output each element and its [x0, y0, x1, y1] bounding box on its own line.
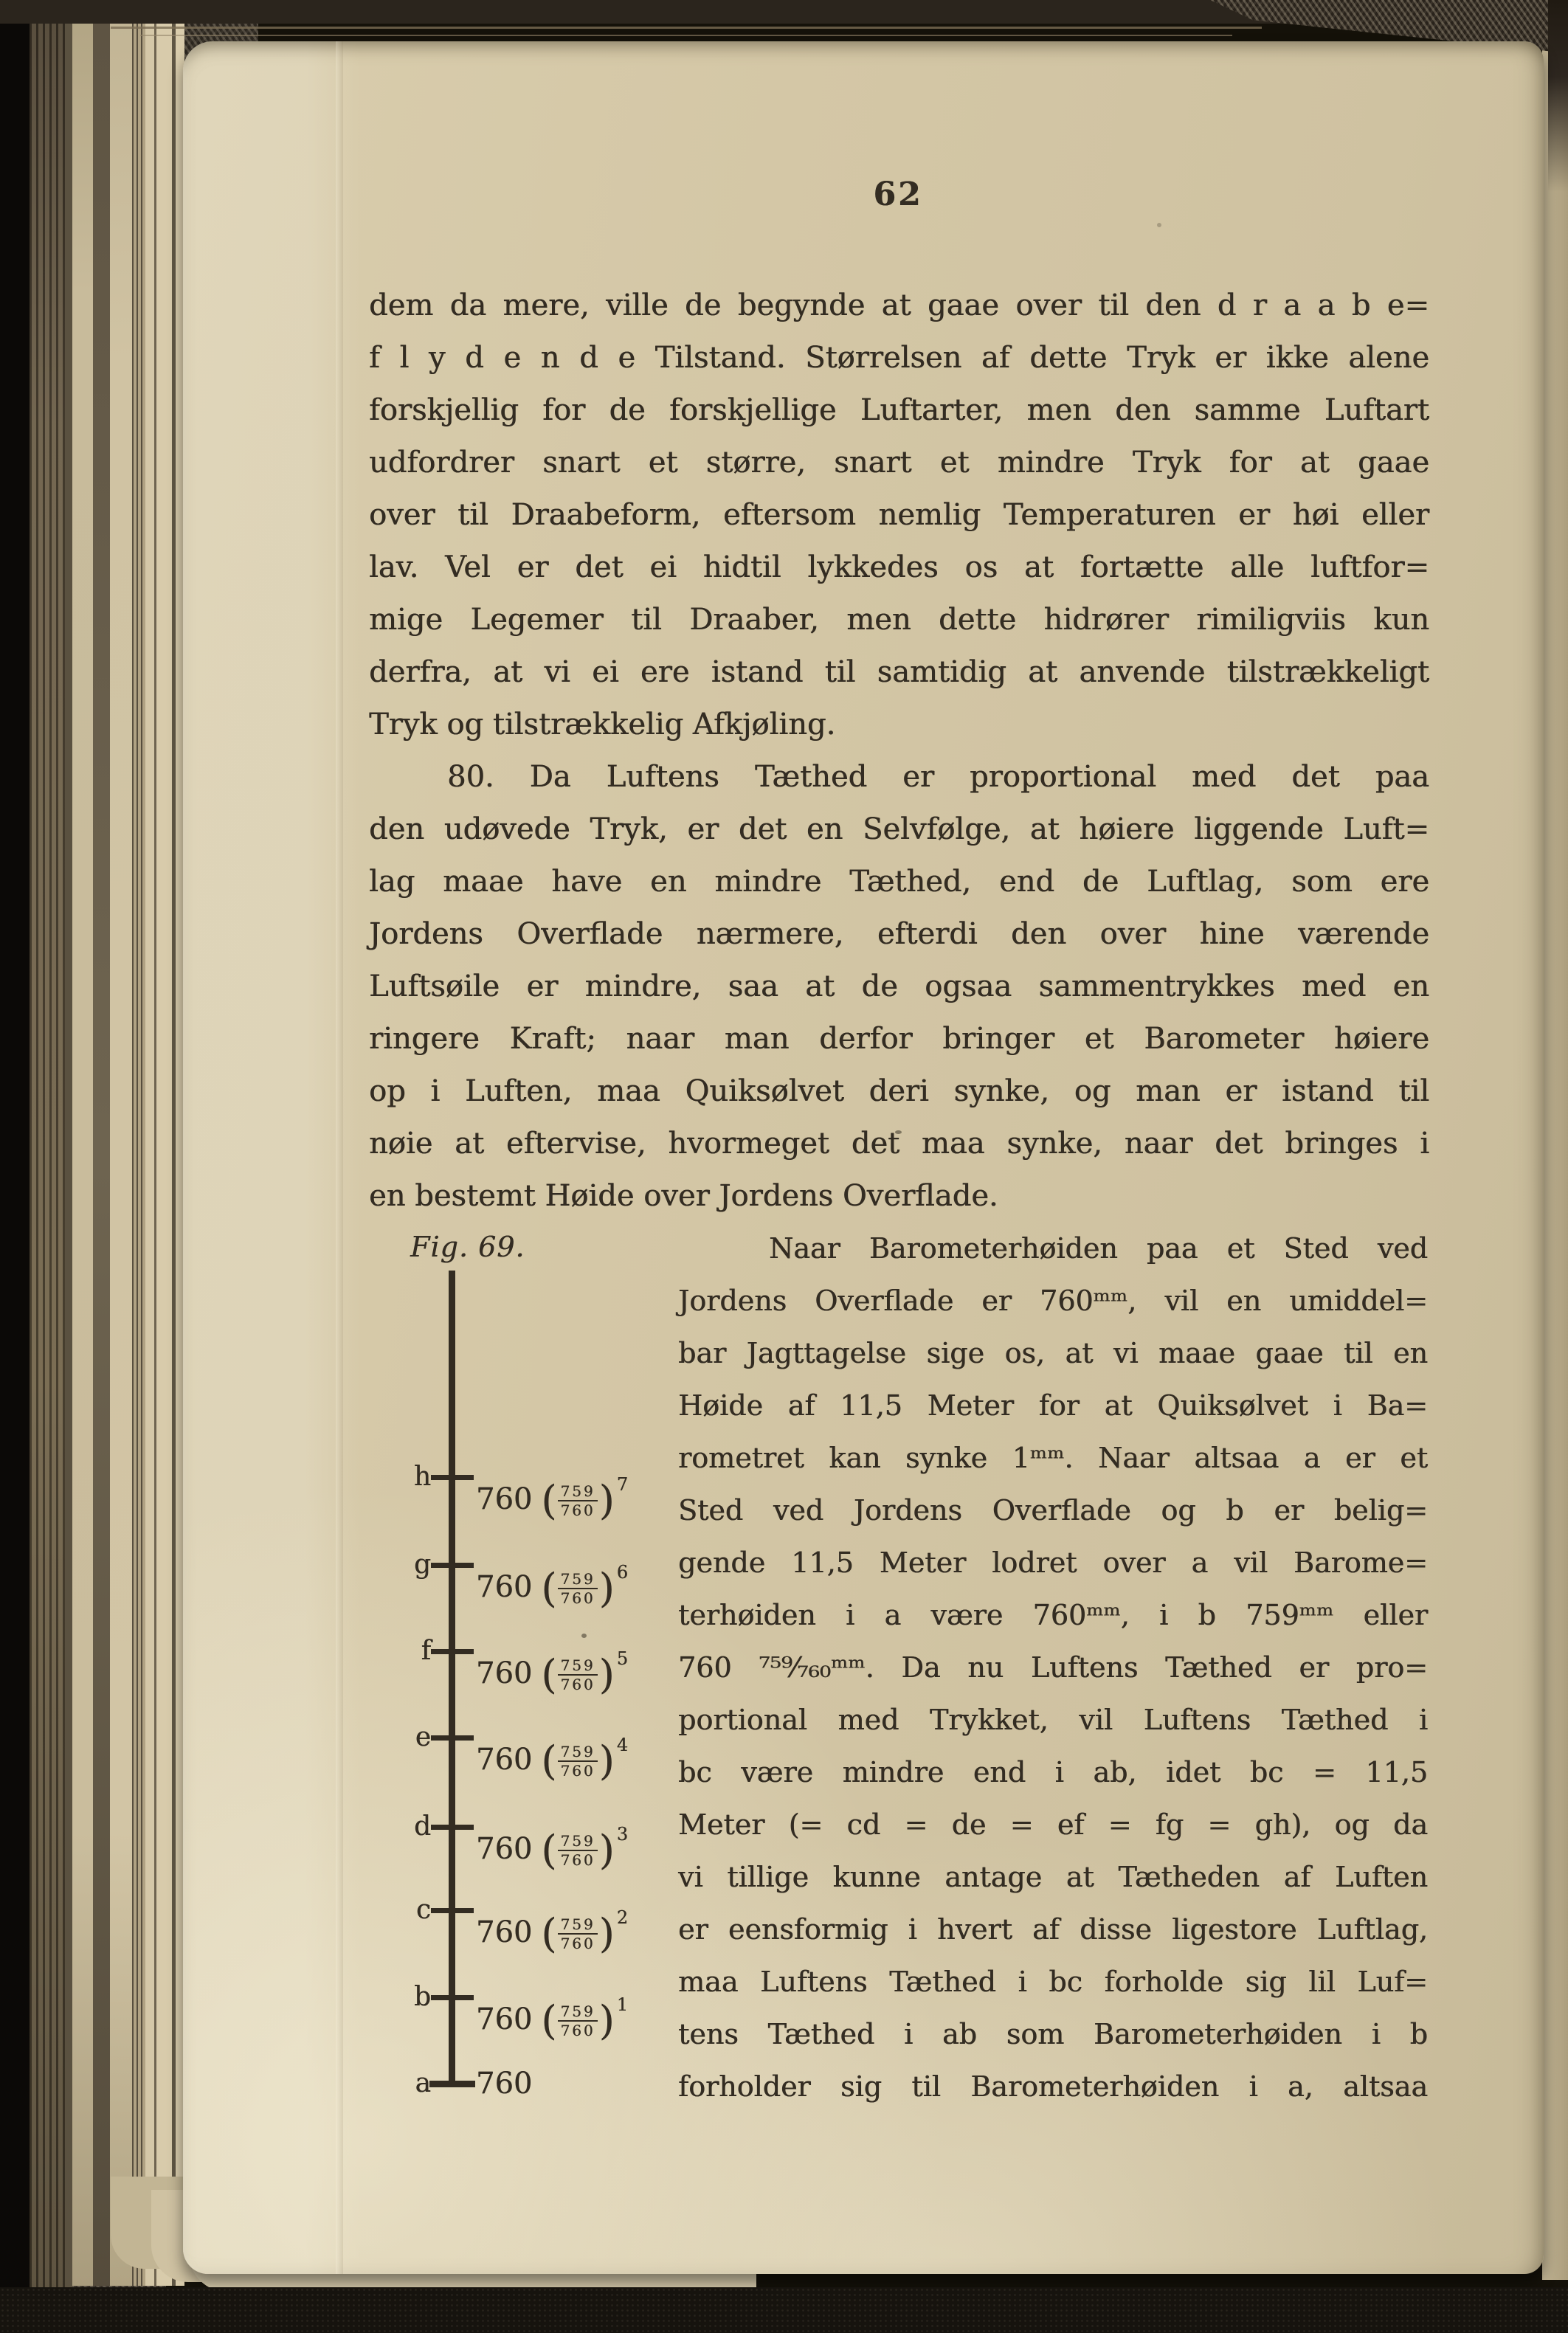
- fraction: 759760: [558, 1572, 597, 1606]
- text-line: forskjellig for de forskjellige Luftarte…: [369, 384, 1429, 437]
- paren: ): [599, 1831, 615, 1870]
- text-line: bar Jagttagelse sige os, at vi maae gaae…: [678, 1327, 1428, 1380]
- tick-label: b: [363, 1972, 431, 2022]
- tick-label: d: [363, 1802, 431, 1852]
- page-stack-edge: [93, 19, 110, 2286]
- text-line: lag maae have en mindre Tæthed, end de L…: [369, 856, 1429, 908]
- fraction: 759760: [558, 1917, 597, 1951]
- exponent: 1: [617, 1994, 628, 2015]
- text-line: vi tillige kunne antage at Tætheden af L…: [678, 1851, 1428, 1904]
- tick-value: 760(759760)1: [476, 1990, 628, 2049]
- tick-label: f: [363, 1626, 431, 1676]
- cover-edge: [0, 0, 30, 2333]
- exponent: 7: [617, 1474, 628, 1495]
- page-stack-edge-line: [65, 19, 72, 2288]
- text-line: Naar Barometerhøiden paa et Sted ved: [678, 1223, 1428, 1275]
- text-line: over til Draabeform, eftersom nemlig Tem…: [369, 489, 1429, 542]
- paren: (: [541, 1569, 556, 1608]
- tick-value-base: 760: [476, 2058, 532, 2109]
- tick-mark-h: [431, 1475, 474, 1480]
- figure-base-line: [429, 2081, 475, 2087]
- text-line: forholder sig til Barometerhøiden i a, a…: [678, 2061, 1428, 2113]
- text-line: Jordens Overflade nærmere, efterdi den o…: [369, 908, 1429, 961]
- paren: (: [541, 2001, 556, 2041]
- page-stack-edge: [72, 19, 93, 2286]
- text-line: lav. Vel er det ei hidtil lykkedes os at…: [369, 542, 1429, 594]
- exponent: 5: [617, 1648, 628, 1669]
- tick-label: a: [363, 2059, 431, 2109]
- text-line: mige Legemer til Draaber, men dette hidr…: [369, 594, 1429, 646]
- paren: ): [599, 1914, 615, 1954]
- tick-mark-g: [431, 1563, 474, 1568]
- value-base: 760: [476, 1832, 532, 1866]
- fraction: 759760: [558, 2004, 597, 2038]
- tick-value: 760(759760)3: [476, 1819, 628, 1879]
- page-stack-edge: [145, 19, 172, 2286]
- book-spine-shadow: [30, 13, 65, 2301]
- paragraph-1: dem da mere, ville de begynde at gaae ov…: [369, 280, 1429, 751]
- tick-mark-f: [431, 1649, 474, 1654]
- page-fold-shading: [336, 41, 343, 2274]
- tick-value: 760(759760)6: [476, 1558, 628, 1617]
- tick-label: g: [363, 1540, 431, 1590]
- tick-mark-c: [431, 1908, 474, 1913]
- text-line: Høide af 11,5 Meter for at Quiksølvet i …: [678, 1380, 1428, 1432]
- text-line: derfra, at vi ei ere istand til samtidig…: [369, 646, 1429, 699]
- under-page-top-edge: [140, 35, 1232, 36]
- tick-label: c: [363, 1885, 431, 1935]
- tick-mark-d: [431, 1825, 474, 1830]
- text-line: en bestemt Høide over Jordens Overflade.: [369, 1170, 1429, 1223]
- text-line: op i Luften, maa Quiksølvet deri synke, …: [369, 1065, 1429, 1118]
- figure-caption: Fig. 69.: [410, 1231, 525, 1263]
- paren: ): [599, 1569, 615, 1608]
- paren: ): [599, 1655, 615, 1695]
- fraction: 759760: [558, 1658, 597, 1692]
- text-line: f l y d e n d e Tilstand. Størrelsen af …: [369, 332, 1429, 384]
- text-line: dem da mere, ville de begynde at gaae ov…: [369, 280, 1429, 332]
- text-line: Luftsøile er mindre, saa at de ogsaa sam…: [369, 961, 1429, 1013]
- exponent: 2: [617, 1907, 628, 1928]
- tick-value: 760(759760)2: [476, 1903, 628, 1962]
- paren: (: [541, 1655, 556, 1695]
- exponent: 6: [617, 1562, 628, 1583]
- paper-speck: [1157, 223, 1161, 227]
- text-line: gende 11,5 Meter lodret over a vil Barom…: [678, 1537, 1428, 1589]
- text-line: 760 ⁷⁵⁹⁄₇₆₀ᵐᵐ. Da nu Luftens Tæthed er p…: [678, 1642, 1428, 1694]
- value-base: 760: [476, 1482, 532, 1516]
- page-number: 62: [806, 176, 990, 213]
- text-line: den udøvede Tryk, er det en Selvfølge, a…: [369, 803, 1429, 856]
- text-line: maa Luftens Tæthed i bc forholde sig lil…: [678, 1956, 1428, 2008]
- text-line: Meter (= cd = de = ef = fg = gh), og da: [678, 1799, 1428, 1851]
- paren: (: [541, 1481, 556, 1521]
- tick-mark-e: [431, 1735, 474, 1741]
- paren: ): [599, 2001, 615, 2041]
- paren: ): [599, 1481, 615, 1521]
- text-line: ringere Kraft; naar man derfor bringer e…: [369, 1013, 1429, 1065]
- book-scan: 62 dem da mere, ville de begynde at gaae…: [0, 0, 1568, 2333]
- text-line: bc være mindre end i ab, idet bc = 11,5: [678, 1746, 1428, 1799]
- fraction: 759760: [558, 1484, 597, 1518]
- exponent: 3: [617, 1824, 628, 1845]
- tick-value: 760(759760)5: [476, 1644, 628, 1703]
- paren: ): [599, 1741, 615, 1781]
- page-stack-edge: [132, 19, 145, 2286]
- text-line: terhøiden i a være 760ᵐᵐ, i b 759ᵐᵐ elle…: [678, 1589, 1428, 1642]
- tick-value: 760(759760)4: [476, 1730, 628, 1789]
- paragraph-2: 80. Da Luftens Tæthed er proportional me…: [369, 751, 1429, 1223]
- figure-axis-line: [449, 1271, 455, 2087]
- tick-mark-b: [431, 1995, 474, 2000]
- fraction: 759760: [558, 1744, 597, 1778]
- column-text: Naar Barometerhøiden paa et Sted ved Jor…: [678, 1223, 1428, 2113]
- value-base: 760: [476, 1743, 532, 1777]
- text-line: Sted ved Jordens Overflade og b er belig…: [678, 1485, 1428, 1537]
- exponent: 4: [617, 1735, 628, 1755]
- paper-speck: [581, 1634, 587, 1638]
- value-base: 760: [476, 1570, 532, 1604]
- text-line: Jordens Overflade er 760ᵐᵐ, vil en umidd…: [678, 1275, 1428, 1327]
- tick-label: e: [363, 1712, 431, 1763]
- text-line: tens Tæthed i ab som Barometerhøiden i b: [678, 2008, 1428, 2061]
- text-line: rometret kan synke 1ᵐᵐ. Naar altsaa a er…: [678, 1432, 1428, 1485]
- text-line: nøie at eftervise, hvormeget det maa syn…: [369, 1118, 1429, 1170]
- paren: (: [541, 1741, 556, 1781]
- text-line: Tryk og tilstrækkelig Afkjøling.: [369, 699, 1429, 751]
- text-line: udfordrer snart et større, snart et mind…: [369, 437, 1429, 489]
- page-stack-edge: [110, 19, 132, 2286]
- text-line: 80. Da Luftens Tæthed er proportional me…: [369, 751, 1429, 803]
- paren: (: [541, 1914, 556, 1954]
- value-base: 760: [476, 1915, 532, 1949]
- text-line: er eensformig i hvert af disse ligestore…: [678, 1904, 1428, 1956]
- value-base: 760: [476, 2002, 532, 2036]
- paren: (: [541, 1831, 556, 1870]
- under-page-top-edge: [111, 27, 1262, 29]
- page-fore-edge: [1542, 22, 1568, 2280]
- text-line: portional med Trykket, vil Luftens Tæthe…: [678, 1694, 1428, 1746]
- tick-value: 760(759760)7: [476, 1470, 628, 1529]
- value-base: 760: [476, 1656, 532, 1690]
- table-surface: [0, 2287, 1568, 2333]
- cover-edge-right: [1548, 0, 1568, 192]
- tick-label: h: [363, 1452, 431, 1502]
- fraction: 759760: [558, 1833, 597, 1867]
